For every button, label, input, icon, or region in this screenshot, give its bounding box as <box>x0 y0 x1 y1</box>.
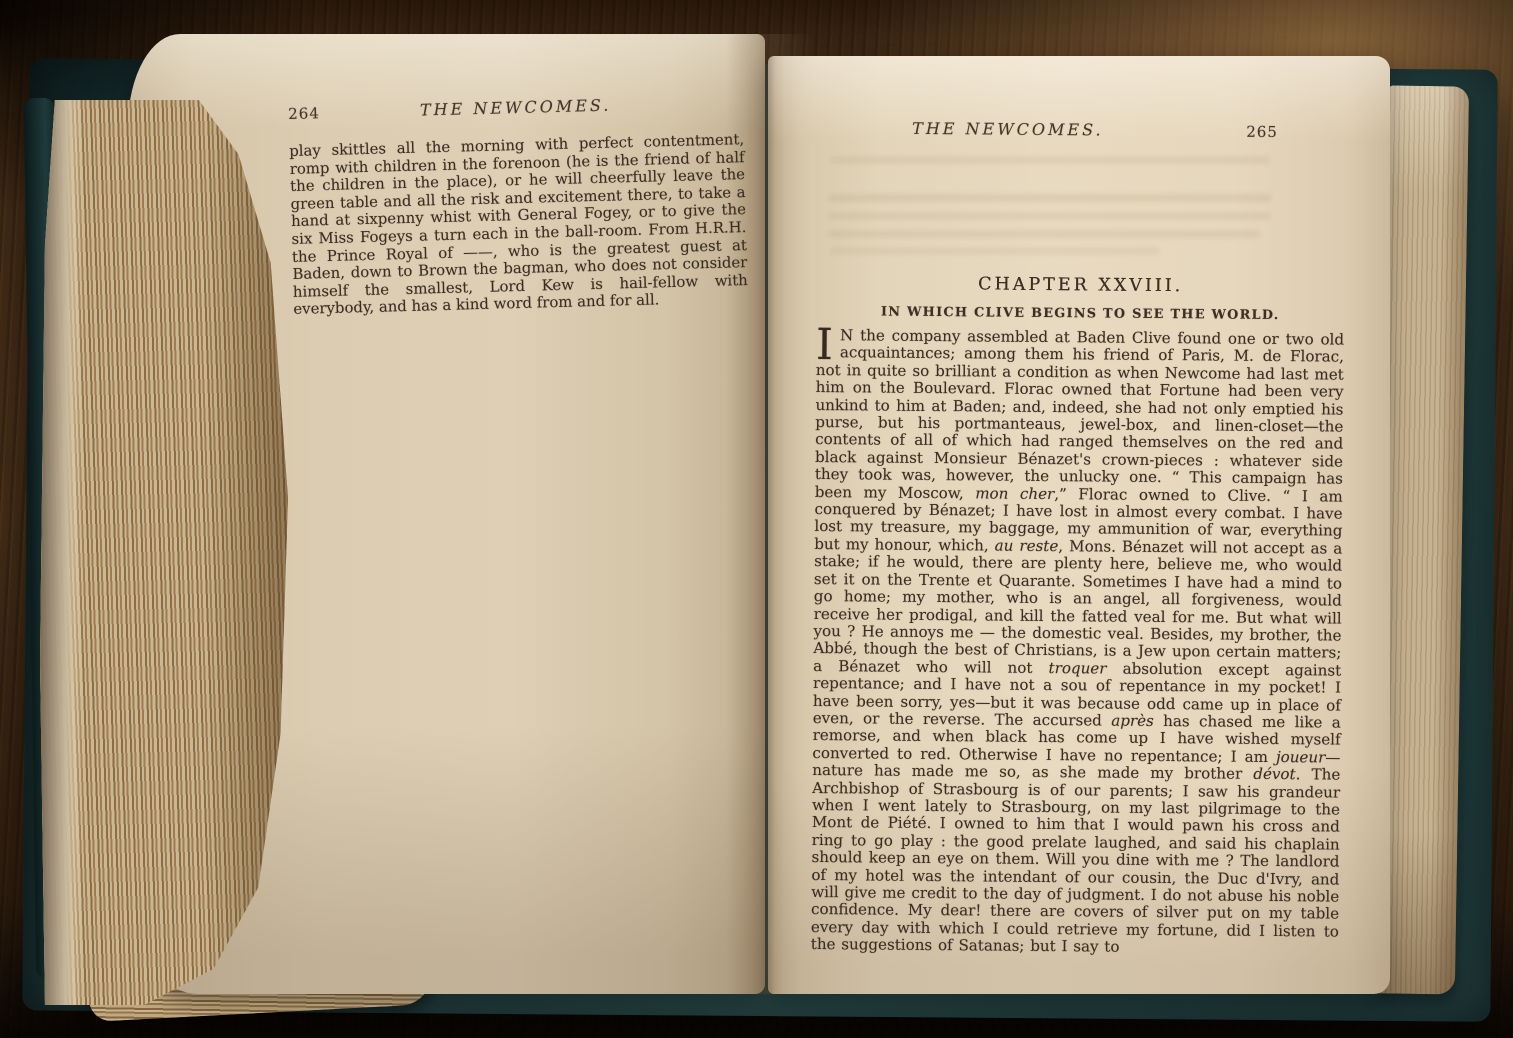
left-page-fore-edges <box>40 100 288 1005</box>
drop-cap: I <box>816 327 840 361</box>
right-page-paragraph: N the company assembled at Baden Clive f… <box>811 326 1344 956</box>
chapter-heading: CHAPTER XXVIII. <box>816 273 1344 298</box>
left-page-body-text: play skittles all the morning with perfe… <box>289 131 748 319</box>
right-page-body-text: IN the company assembled at Baden Clive … <box>811 327 1344 958</box>
right-page-content: THE NEWCOMES. 265 CHAPTER XXVIII. IN WHI… <box>811 118 1346 958</box>
right-page-number: 265 <box>1188 122 1278 141</box>
header-spacer <box>653 107 743 109</box>
photo-of-open-book: 264 THE NEWCOMES. play skittles all the … <box>0 0 1513 1038</box>
right-page-header: THE NEWCOMES. 265 <box>818 118 1278 141</box>
chapter-subtitle: IN WHICH CLIVE BEGINS TO SEE THE WORLD. <box>816 304 1344 324</box>
running-head: THE NEWCOMES. <box>828 118 1188 140</box>
left-page-content: 264 THE NEWCOMES. play skittles all the … <box>288 92 748 319</box>
left-page-number: 264 <box>288 103 378 123</box>
